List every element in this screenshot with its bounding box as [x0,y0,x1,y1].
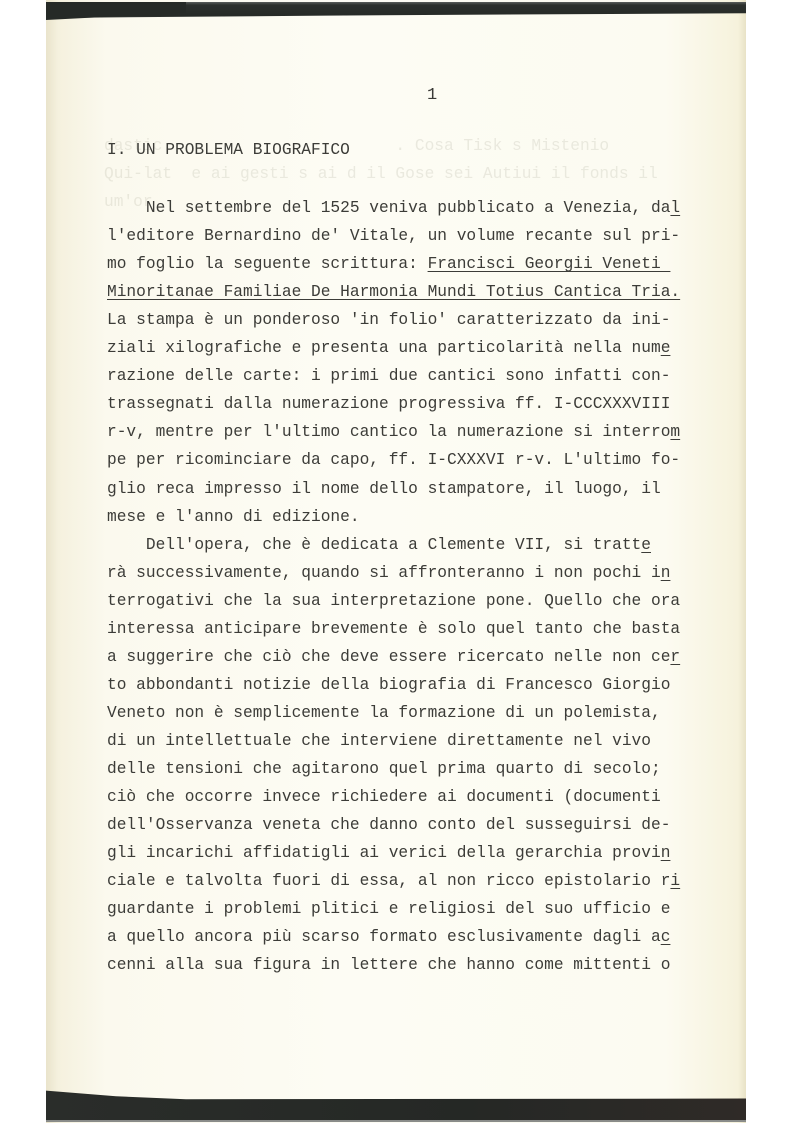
document-body: I. UN PROBLEMA BIOGRAFICO Nel settembre … [107,0,165,54]
text-line: Dell'opera, che è dedicata a Clemente VI… [107,535,651,555]
text-line: dell'Osservanza veneta che danno conto d… [107,815,670,835]
text-span: delle tensioni che agitarono quel prima … [107,760,661,778]
text-line: mese e l'anno di edizione. [107,507,360,527]
underlined-text: c [661,928,671,946]
underlined-text: Francisci Georgii Veneti [428,255,671,273]
text-span: razione delle carte: i primi due cantici… [107,367,670,385]
section-heading: I. UN PROBLEMA BIOGRAFICO [107,140,350,160]
text-line: gli incarichi affidatigli ai verici dell… [107,843,670,863]
text-line: Veneto non è semplicemente la formazione… [107,703,661,723]
text-line: r-v, mentre per l'ultimo cantico la nume… [107,422,680,442]
text-line: ciale e talvolta fuori di essa, al non r… [107,871,680,891]
text-span: terrogativi che la sua interpretazione p… [107,592,680,610]
text-span: guardante i problemi plitici e religiosi… [107,900,670,918]
text-span: mo foglio la seguente scrittura: [107,255,428,273]
text-span: mese e l'anno di edizione. [107,508,360,526]
text-line: interessa anticipare brevemente è solo q… [107,619,680,639]
text-span: ciò che occorre invece richiedere ai doc… [107,788,661,806]
underlined-text: n [661,564,671,582]
text-line: ziali xilografiche e presenta una partic… [107,338,670,358]
text-span: trassegnati dalla numerazione progressiv… [107,395,670,413]
text-line: mo foglio la seguente scrittura: Francis… [107,254,670,274]
text-span: Dell'opera, che è dedicata a Clemente VI… [107,536,641,554]
underlined-text: l [670,199,680,217]
text-line: a quello ancora più scarso formato esclu… [107,927,670,947]
underlined-text: e [641,536,651,554]
underlined-text: r [670,648,680,666]
text-line: Nel settembre del 1525 veniva pubblicato… [107,198,680,218]
text-span: glio reca impresso il nome dello stampat… [107,480,661,498]
text-span: l'editore Bernardino de' Vitale, un volu… [107,227,680,245]
text-span: Nel settembre del 1525 veniva pubblicato… [107,199,670,217]
text-span: pe per ricominciare da capo, ff. I-CXXXV… [107,451,680,469]
text-line: rà successivamente, quando si affrontera… [107,563,670,583]
text-line: guardante i problemi plitici e religiosi… [107,899,670,919]
text-line: La stampa è un ponderoso 'in folio' cara… [107,310,670,330]
underlined-text: Minoritanae Familiae De Harmonia Mundi T… [107,283,680,301]
underlined-text: e [661,339,671,357]
text-span: rà successivamente, quando si affrontera… [107,564,661,582]
text-line: cenni alla sua figura in lettere che han… [107,955,670,975]
text-span: dell'Osservanza veneta che danno conto d… [107,816,670,834]
text-span: ciale e talvolta fuori di essa, al non r… [107,872,670,890]
text-line: razione delle carte: i primi due cantici… [107,366,670,386]
text-span: gli incarichi affidatigli ai verici dell… [107,844,661,862]
text-span: a quello ancora più scarso formato esclu… [107,928,661,946]
text-line: Minoritanae Familiae De Harmonia Mundi T… [107,282,680,302]
underlined-text: m [670,423,680,441]
underlined-text: i [670,872,680,890]
text-line: ciò che occorre invece richiedere ai doc… [107,787,661,807]
text-span: Veneto non è semplicemente la formazione… [107,704,661,722]
text-line: glio reca impresso il nome dello stampat… [107,479,661,499]
text-span: to abbondanti notizie della biografia di… [107,676,670,694]
text-line: di un intellettuale che interviene diret… [107,731,651,751]
paper-sheet: dastic . Cosa Tisk s Mistenio Qui-lat e … [46,0,746,1123]
scan-edge-bottom [46,1120,746,1122]
text-span: La stampa è un ponderoso 'in folio' cara… [107,311,670,329]
scanned-page-background: dastic . Cosa Tisk s Mistenio Qui-lat e … [0,0,794,1123]
text-line: delle tensioni che agitarono quel prima … [107,759,661,779]
text-line: a suggerire che ciò che deve essere rice… [107,647,680,667]
bleed-through-line: Qui-lat e ai gesti s ai d il Gose sei Au… [104,165,658,183]
text-span: ziali xilografiche e presenta una partic… [107,339,661,357]
text-line: to abbondanti notizie della biografia di… [107,675,670,695]
text-span: a suggerire che ciò che deve essere rice… [107,648,670,666]
text-line: l'editore Bernardino de' Vitale, un volu… [107,226,680,246]
text-span: r-v, mentre per l'ultimo cantico la nume… [107,423,670,441]
text-span: interessa anticipare brevemente è solo q… [107,620,680,638]
text-span: cenni alla sua figura in lettere che han… [107,956,670,974]
text-line: pe per ricominciare da capo, ff. I-CXXXV… [107,450,680,470]
text-line: terrogativi che la sua interpretazione p… [107,591,680,611]
scan-shadow-bottom [46,1088,746,1121]
page-number: 1 [427,86,437,105]
text-line: trassegnati dalla numerazione progressiv… [107,394,670,414]
underlined-text: n [661,844,671,862]
text-span: di un intellettuale che interviene diret… [107,732,651,750]
